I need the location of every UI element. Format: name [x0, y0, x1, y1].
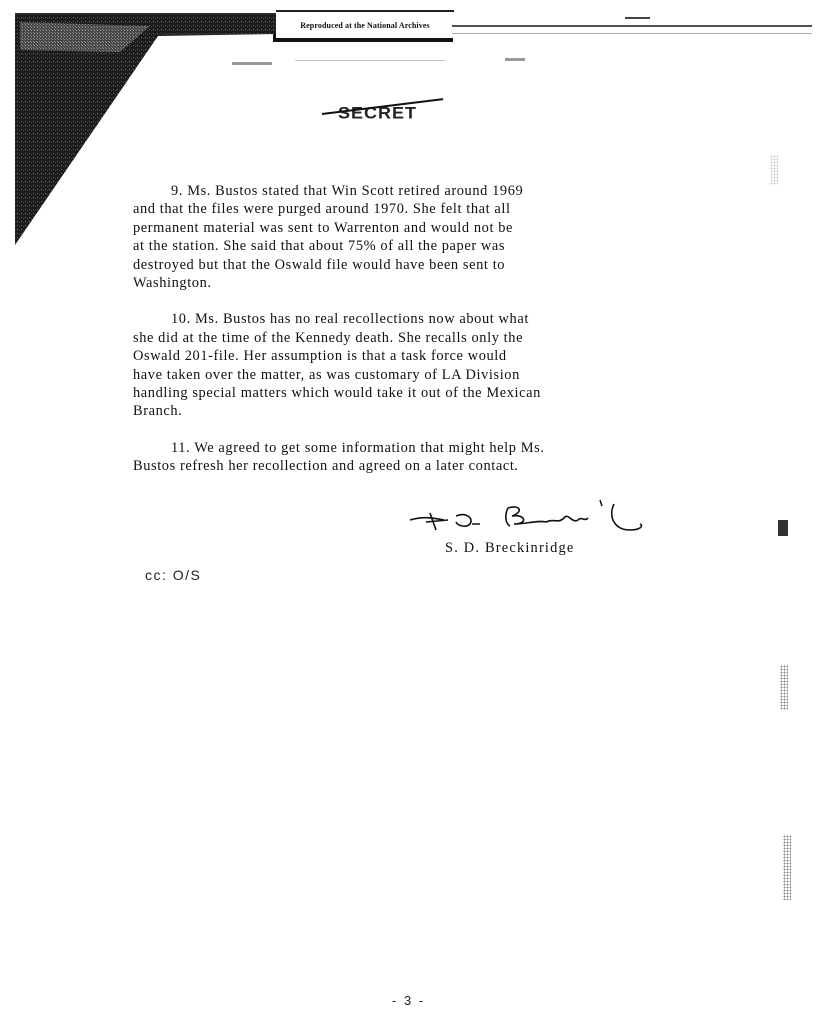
document-page: Reproduced at the National Archives SECR…	[0, 0, 820, 1021]
scan-smudge	[505, 58, 525, 61]
scan-artifact	[770, 155, 778, 185]
cc-line: cc: O/S	[145, 567, 201, 583]
scan-artifact	[783, 835, 791, 900]
header-rule	[452, 25, 812, 27]
scan-artifact	[780, 665, 788, 710]
header-rule-faint	[452, 33, 812, 34]
scan-artifact	[778, 520, 788, 536]
memo-body: 9. Ms. Bustos stated that Win Scott reti…	[133, 182, 673, 494]
signer-name: S. D. Breckinridge	[445, 540, 575, 557]
page-number: - 3 -	[392, 993, 425, 1008]
scan-smudge	[295, 60, 445, 61]
paragraph-10: 10. Ms. Bustos has no real recollections…	[133, 310, 673, 420]
header-mark	[625, 17, 650, 19]
archive-stamp: Reproduced at the National Archives	[276, 10, 454, 38]
scan-smudge	[232, 62, 272, 65]
paragraph-9: 9. Ms. Bustos stated that Win Scott reti…	[133, 182, 673, 292]
handwritten-signature	[408, 496, 653, 546]
paragraph-11: 11. We agreed to get some information th…	[133, 439, 673, 476]
